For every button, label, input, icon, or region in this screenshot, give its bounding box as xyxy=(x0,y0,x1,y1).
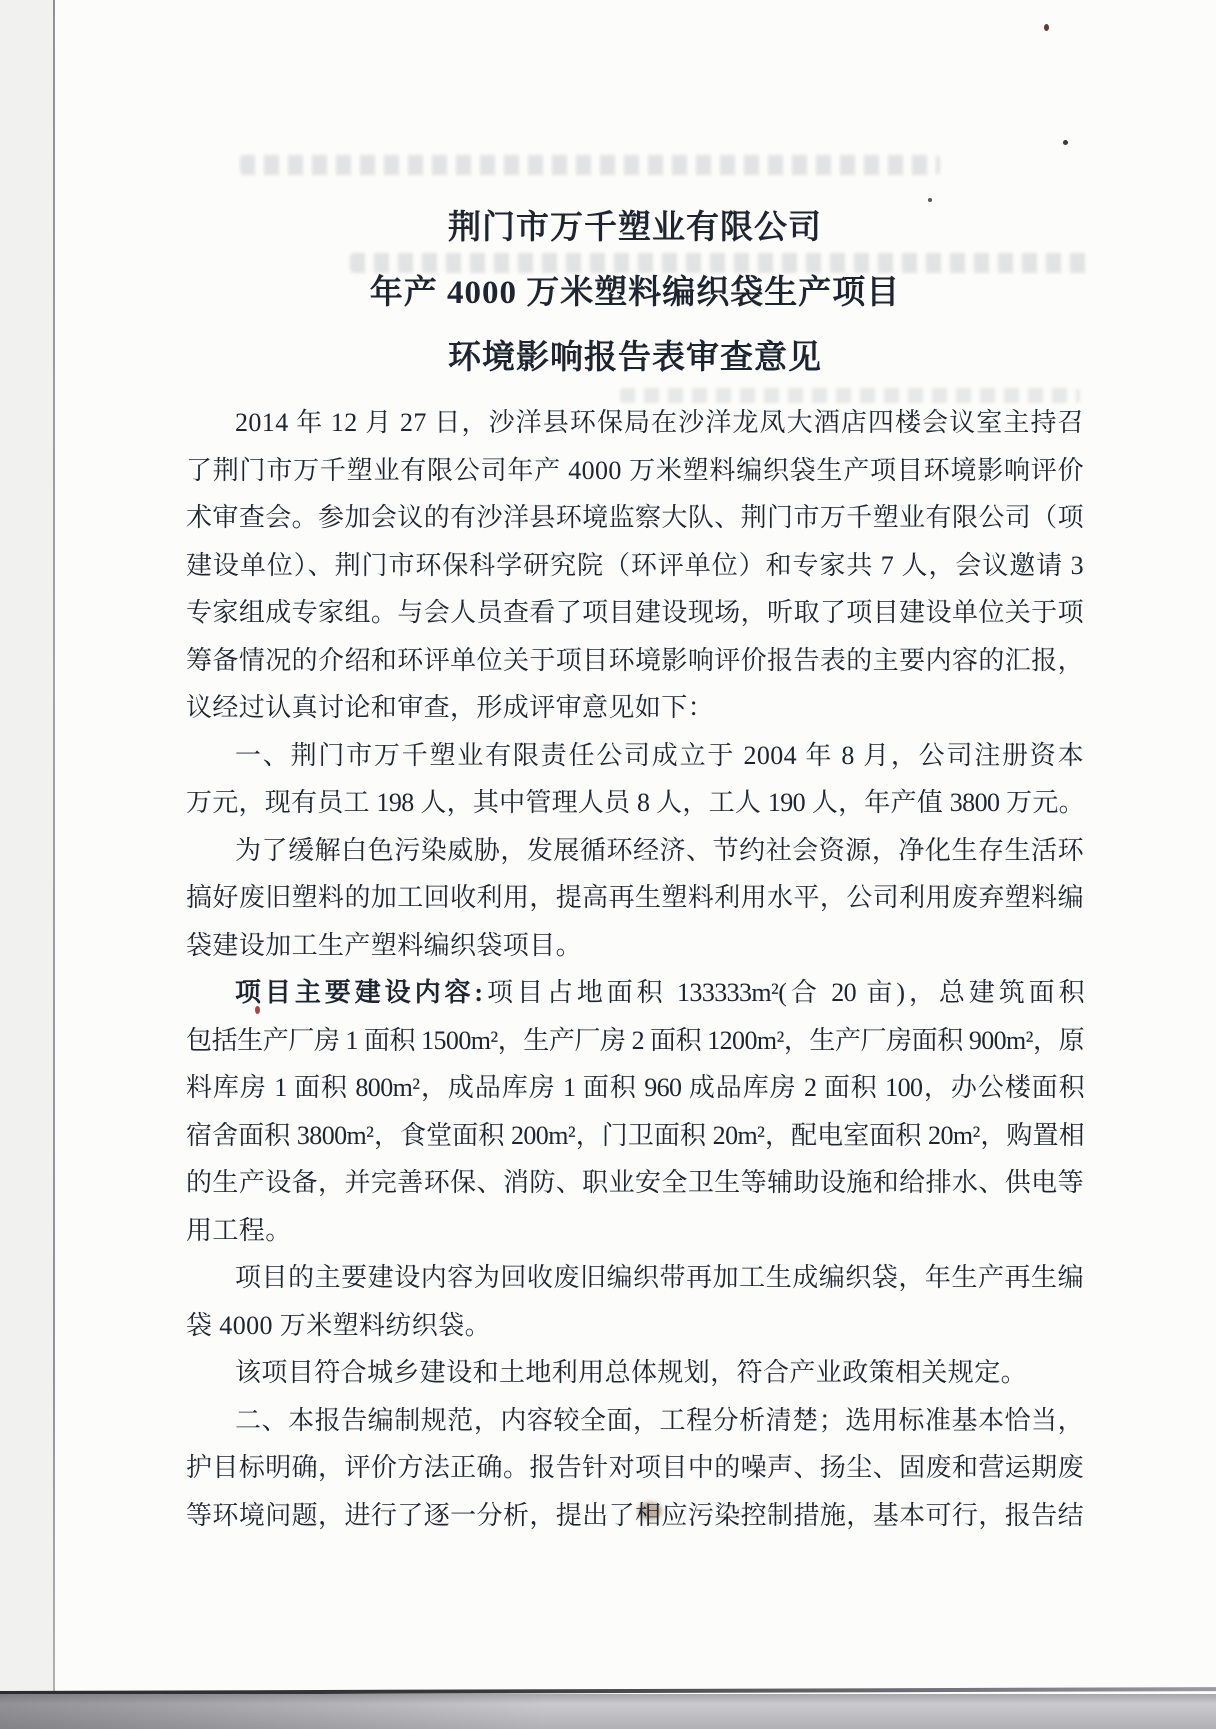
text-line: 的生产设备，并完善环保、消防、职业安全卫生等辅助设施和给排水、供电等公 xyxy=(186,1159,1084,1207)
document-title: 荆门市万千塑业有限公司 年产 4000 万米塑料编织袋生产项目 环境影响报告表审… xyxy=(186,196,1084,391)
text-line: 袋 4000 万米塑料纺织袋。 xyxy=(186,1302,1084,1350)
text-line: 包括生产厂房 1 面积 1500m²，生产厂房 2 面积 1200m²，生产厂房… xyxy=(186,1017,1084,1065)
text-line: 二、本报告编制规范，内容较全面，工程分析清楚；选用标准基本恰当，保 xyxy=(186,1397,1084,1445)
text-line: 袋建设加工生产塑料编织袋项目。 xyxy=(186,922,1084,970)
text-line: 一、荆门市万千塑业有限责任公司成立于 2004 年 8 月，公司注册资本 260 xyxy=(186,732,1084,780)
text-line: 筹备情况的介绍和环评单位关于项目环境影响评价报告表的主要内容的汇报，会 xyxy=(186,637,1084,685)
text-line: 料库房 1 面积 800m²，成品库房 1 面积 960 成品库房 2 面积 1… xyxy=(186,1064,1084,1112)
text-line: 等环境问题，进行了逐一分析，提出了相应污染控制措施，基本可行，报告结论 xyxy=(186,1492,1084,1540)
text-line: 用工程。 xyxy=(186,1207,1084,1255)
scanner-background xyxy=(0,1694,1216,1729)
text-line: 护目标明确，评价方法正确。报告针对项目中的噪声、扬尘、固废和营运期废水 xyxy=(186,1444,1084,1492)
text-line: 议经过认真讨论和审查，形成评审意见如下： xyxy=(186,684,1084,732)
title-line-review: 环境影响报告表审查意见 xyxy=(186,326,1084,391)
text-line: 项目主要建设内容:项目占地面积 133333m²(合 20 亩)，总建筑面积 1… xyxy=(186,969,1084,1017)
text-line: 建设单位）、荆门市环保科学研究院（环评单位）和专家共 7 人，会议邀请 3 名 xyxy=(186,542,1084,590)
left-margin-band xyxy=(0,0,53,1694)
text-line: 万元，现有员工 198 人，其中管理人员 8 人，工人 190 人，年产值 38… xyxy=(186,779,1084,827)
text-line: 项目的主要建设内容为回收废旧编织带再加工生成编织袋，年生产再生编织 xyxy=(186,1254,1084,1302)
title-line-company: 荆门市万千塑业有限公司 xyxy=(186,196,1084,261)
page-fold-line xyxy=(53,0,55,1694)
text-line: 该项目符合城乡建设和土地利用总体规划，符合产业政策相关规定。 xyxy=(186,1349,1084,1397)
text-line: 为了缓解白色污染威胁，发展循环经济、节约社会资源，净化生存生活环境， xyxy=(186,827,1084,875)
text-line: 搞好废旧塑料的加工回收利用，提高再生塑料利用水平，公司利用废弃塑料编织 xyxy=(186,874,1084,922)
text-line: 宿舍面积 3800m²，食堂面积 200m²，门卫面积 20m²，配电室面积 2… xyxy=(186,1112,1084,1160)
text-line: 2014 年 12 月 27 日，沙洋县环保局在沙洋龙凤大酒店四楼会议室主持召开 xyxy=(186,399,1084,447)
body-lines: 2014 年 12 月 27 日，沙洋县环保局在沙洋龙凤大酒店四楼会议室主持召开… xyxy=(186,399,1084,1539)
document-body: 荆门市万千塑业有限公司 年产 4000 万米塑料编织袋生产项目 环境影响报告表审… xyxy=(186,0,1084,1539)
text-line: 术审查会。参加会议的有沙洋县环境监察大队、荆门市万千塑业有限公司（项目 xyxy=(186,494,1084,542)
text-line: 了荆门市万千塑业有限公司年产 4000 万米塑料编织袋生产项目环境影响评价技 xyxy=(186,447,1084,495)
title-line-project: 年产 4000 万米塑料编织袋生产项目 xyxy=(186,261,1084,326)
scanned-page: 荆门市万千塑业有限公司 年产 4000 万米塑料编织袋生产项目 环境影响报告表审… xyxy=(0,0,1216,1729)
text-line: 专家组成专家组。与会人员查看了项目建设现场，听取了项目建设单位关于项目 xyxy=(186,589,1084,637)
bold-run: 项目主要建设内容: xyxy=(235,978,483,1007)
